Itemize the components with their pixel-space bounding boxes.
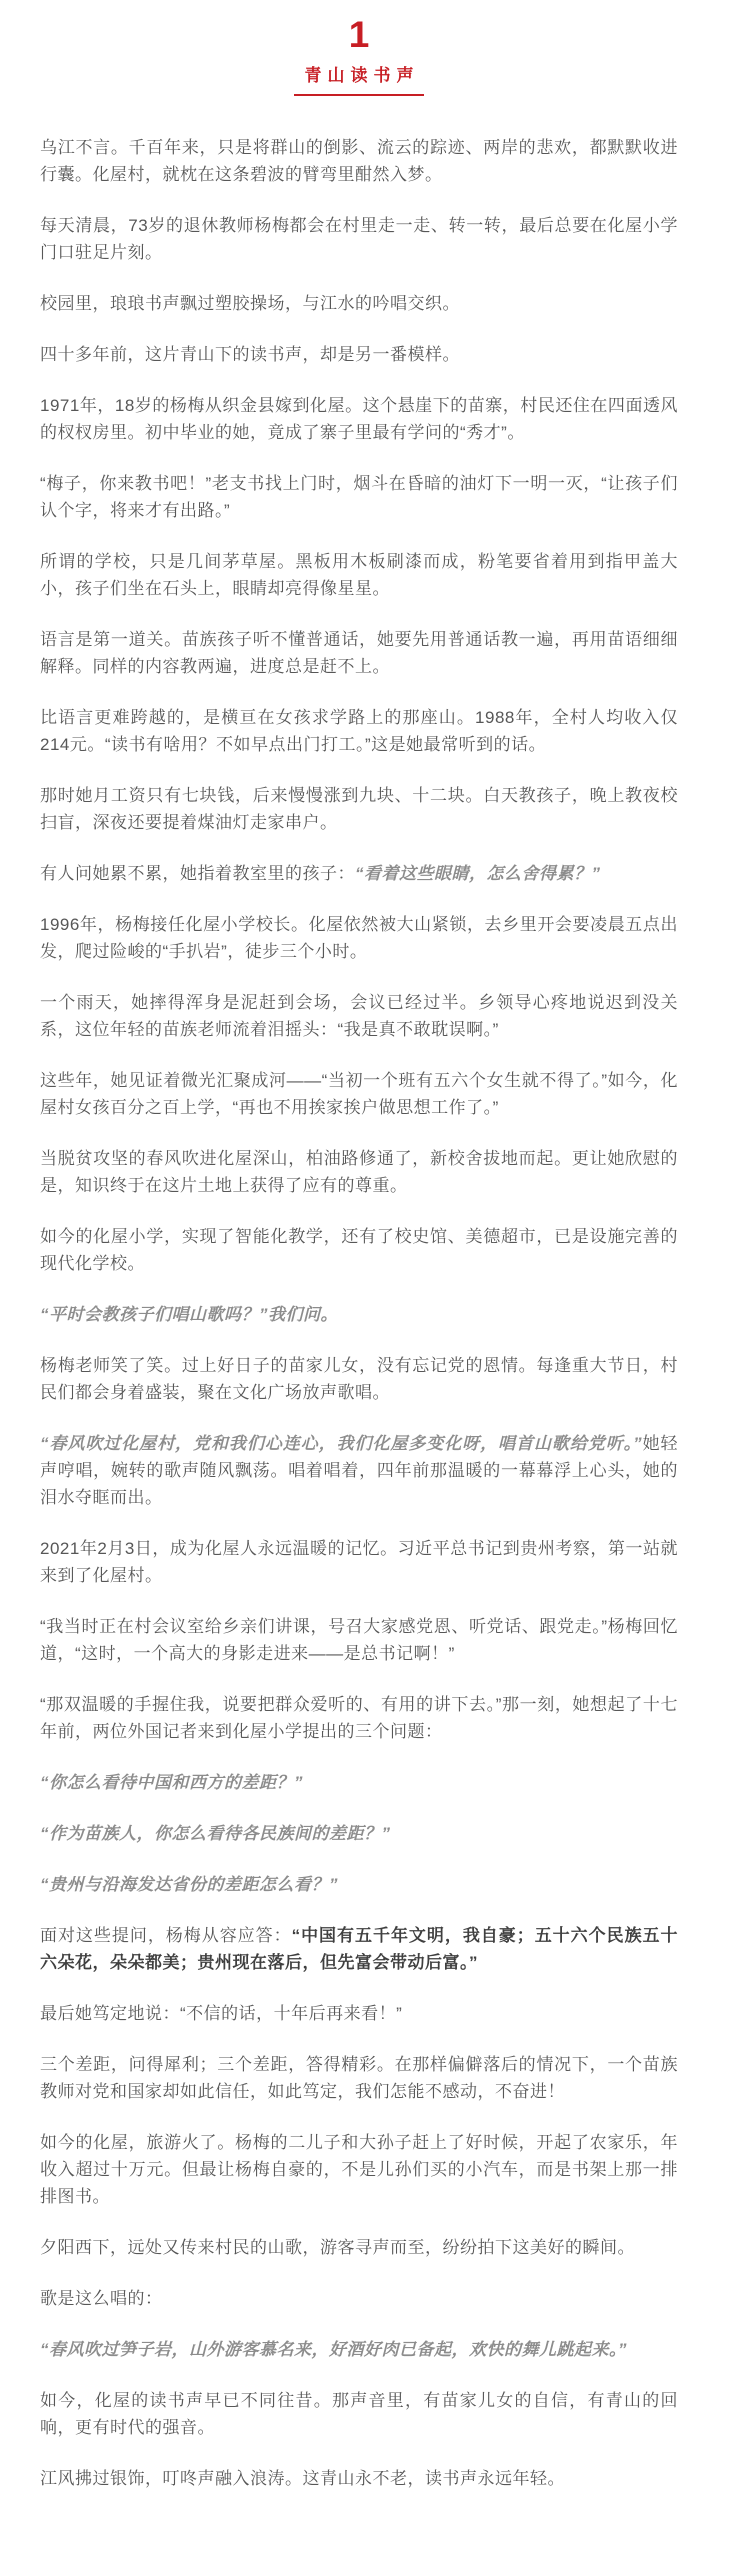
paragraph: 三个差距，问得犀利；三个差距，答得精彩。在那样偏僻落后的情况下，一个苗族教师对党… (40, 2051, 678, 2105)
paragraph: 有人问她累不累，她指着教室里的孩子：“看着这些眼睛，怎么舍得累？” (40, 860, 678, 887)
paragraph: 歌是这么唱的： (40, 2285, 678, 2312)
paragraph: “平时会教孩子们唱山歌吗？”我们问。 (40, 1301, 678, 1328)
text-run: 校园里，琅琅书声飘过塑胶操场，与江水的吟唱交织。 (40, 294, 460, 313)
text-run: 最后她笃定地说：“不信的话，十年后再来看！” (40, 2004, 402, 2023)
paragraph: 那时她月工资只有七块钱，后来慢慢涨到九块、十二块。白天教孩子，晚上教夜校扫盲，深… (40, 782, 678, 836)
text-run: 如今的化屋，旅游火了。杨梅的二儿子和大孙子赶上了好时候，开起了农家乐，年收入超过… (40, 2133, 678, 2206)
title-underline (294, 94, 424, 96)
paragraph: 每天清晨，73岁的退休教师杨梅都会在村里走一走、转一转，最后总要在化屋小学门口驻… (40, 212, 678, 266)
paragraph: “梅子，你来教书吧！”老支书找上门时，烟斗在昏暗的油灯下一明一灭，“让孩子们认个… (40, 470, 678, 524)
paragraph: 最后她笃定地说：“不信的话，十年后再来看！” (40, 2000, 678, 2027)
text-run: 1996年，杨梅接任化屋小学校长。化屋依然被大山紧锁，去乡里开会要凌晨五点出发，… (40, 915, 678, 961)
emphasis-run: “作为苗族人，你怎么看待各民族间的差距？” (40, 1824, 391, 1843)
paragraph: 语言是第一道关。苗族孩子听不懂普通话，她要先用普通话教一遍，再用苗语细细解释。同… (40, 626, 678, 680)
paragraph: 2021年2月3日，成为化屋人永远温暖的记忆。习近平总书记到贵州考察，第一站就来… (40, 1535, 678, 1589)
chapter-title: 青山读书声 (40, 64, 678, 88)
paragraph: “春风吹过笋子岩，山外游客慕名来，好酒好肉已备起，欢快的舞儿跳起来。” (40, 2336, 678, 2363)
text-run: “我当时正在村会议室给乡亲们讲课，号召大家感党恩、听党话、跟党走。”杨梅回忆道，… (40, 1617, 678, 1663)
text-run: 这些年，她见证着微光汇聚成河——“当初一个班有五六个女生就不得了。”如今，化屋村… (40, 1071, 678, 1117)
paragraph: “作为苗族人，你怎么看待各民族间的差距？” (40, 1820, 678, 1847)
paragraph: 四十多年前，这片青山下的读书声，却是另一番模样。 (40, 341, 678, 368)
paragraph: “我当时正在村会议室给乡亲们讲课，号召大家感党恩、听党话、跟党走。”杨梅回忆道，… (40, 1613, 678, 1667)
text-run: 三个差距，问得犀利；三个差距，答得精彩。在那样偏僻落后的情况下，一个苗族教师对党… (40, 2055, 678, 2101)
emphasis-run: “你怎么看待中国和西方的差距？” (40, 1773, 303, 1792)
paragraph: 杨梅老师笑了笑。过上好日子的苗家儿女，没有忘记党的恩情。每逢重大节日，村民们都会… (40, 1352, 678, 1406)
text-run: 每天清晨，73岁的退休教师杨梅都会在村里走一走、转一转，最后总要在化屋小学门口驻… (40, 216, 678, 262)
emphasis-run: “平时会教孩子们唱山歌吗？”我们问。 (40, 1305, 338, 1324)
text-run: 如今的化屋小学，实现了智能化教学，还有了校史馆、美德超市，已是设施完善的现代化学… (40, 1227, 678, 1273)
text-run: 一个雨天，她摔得浑身是泥赶到会场，会议已经过半。乡领导心疼地说迟到没关系，这位年… (40, 993, 678, 1039)
paragraph: 江风拂过银饰，叮咚声融入浪涛。这青山永不老，读书声永远年轻。 (40, 2465, 678, 2492)
paragraph: 如今，化屋的读书声早已不同往昔。那声音里，有苗家儿女的自信，有青山的回响，更有时… (40, 2387, 678, 2441)
paragraph: 如今的化屋，旅游火了。杨梅的二儿子和大孙子赶上了好时候，开起了农家乐，年收入超过… (40, 2129, 678, 2210)
text-run: 面对这些提问，杨梅从容应答： (40, 1926, 292, 1945)
paragraph: 面对这些提问，杨梅从容应答：“中国有五千年文明，我自豪；五十六个民族五十六朵花，… (40, 1922, 678, 1976)
paragraph: “那双温暖的手握住我，说要把群众爱听的、有用的讲下去。”那一刻，她想起了十七年前… (40, 1691, 678, 1745)
text-run: 江风拂过银饰，叮咚声融入浪涛。这青山永不老，读书声永远年轻。 (40, 2469, 565, 2488)
paragraph: 这些年，她见证着微光汇聚成河——“当初一个班有五六个女生就不得了。”如今，化屋村… (40, 1067, 678, 1121)
chapter-number: 1 (40, 15, 678, 56)
paragraph: 夕阳西下，远处又传来村民的山歌，游客寻声而至，纷纷拍下这美好的瞬间。 (40, 2234, 678, 2261)
paragraph: 1971年，18岁的杨梅从织金县嫁到化屋。这个悬崖下的苗寨，村民还住在四面透风的… (40, 392, 678, 446)
text-run: 比语言更难跨越的，是横亘在女孩求学路上的那座山。1988年，全村人均收入仅214… (40, 708, 678, 754)
paragraph: 比语言更难跨越的，是横亘在女孩求学路上的那座山。1988年，全村人均收入仅214… (40, 704, 678, 758)
paragraph: “贵州与沿海发达省份的差距怎么看？” (40, 1871, 678, 1898)
article-body: 乌江不言。千百年来，只是将群山的倒影、流云的踪迹、两岸的悲欢，都默默收进行囊。化… (40, 134, 678, 2492)
text-run: 1971年，18岁的杨梅从织金县嫁到化屋。这个悬崖下的苗寨，村民还住在四面透风的… (40, 396, 678, 442)
paragraph: 一个雨天，她摔得浑身是泥赶到会场，会议已经过半。乡领导心疼地说迟到没关系，这位年… (40, 989, 678, 1043)
paragraph: “春风吹过化屋村，党和我们心连心，我们化屋多变化呀，唱首山歌给党听。”她轻声哼唱… (40, 1430, 678, 1511)
emphasis-run: “看着这些眼睛，怎么舍得累？” (355, 864, 601, 883)
text-run: “梅子，你来教书吧！”老支书找上门时，烟斗在昏暗的油灯下一明一灭，“让孩子们认个… (40, 474, 678, 520)
emphasis-run: “春风吹过笋子岩，山外游客慕名来，好酒好肉已备起，欢快的舞儿跳起来。” (40, 2340, 627, 2359)
text-run: 2021年2月3日，成为化屋人永远温暖的记忆。习近平总书记到贵州考察，第一站就来… (40, 1539, 678, 1585)
emphasis-run: “贵州与沿海发达省份的差距怎么看？” (40, 1875, 338, 1894)
text-run: 四十多年前，这片青山下的读书声，却是另一番模样。 (40, 345, 460, 364)
text-run: 如今，化屋的读书声早已不同往昔。那声音里，有苗家儿女的自信，有青山的回响，更有时… (40, 2391, 678, 2437)
text-run: “那双温暖的手握住我，说要把群众爱听的、有用的讲下去。”那一刻，她想起了十七年前… (40, 1695, 678, 1741)
paragraph: 如今的化屋小学，实现了智能化教学，还有了校史馆、美德超市，已是设施完善的现代化学… (40, 1223, 678, 1277)
text-run: 夕阳西下，远处又传来村民的山歌，游客寻声而至，纷纷拍下这美好的瞬间。 (40, 2238, 635, 2257)
paragraph: 当脱贫攻坚的春风吹进化屋深山，柏油路修通了，新校舍拔地而起。更让她欣慰的是，知识… (40, 1145, 678, 1199)
emphasis-run: “春风吹过化屋村，党和我们心连心，我们化屋多变化呀，唱首山歌给党听。” (40, 1434, 642, 1453)
text-run: 那时她月工资只有七块钱，后来慢慢涨到九块、十二块。白天教孩子，晚上教夜校扫盲，深… (40, 786, 678, 832)
text-run: 所谓的学校，只是几间茅草屋。黑板用木板刷漆而成，粉笔要省着用到指甲盖大小，孩子们… (40, 552, 678, 598)
paragraph: 1996年，杨梅接任化屋小学校长。化屋依然被大山紧锁，去乡里开会要凌晨五点出发，… (40, 911, 678, 965)
chapter-header: 1 青山读书声 (40, 15, 678, 96)
paragraph: “你怎么看待中国和西方的差距？” (40, 1769, 678, 1796)
paragraph: 校园里，琅琅书声飘过塑胶操场，与江水的吟唱交织。 (40, 290, 678, 317)
paragraph: 所谓的学校，只是几间茅草屋。黑板用木板刷漆而成，粉笔要省着用到指甲盖大小，孩子们… (40, 548, 678, 602)
text-run: 当脱贫攻坚的春风吹进化屋深山，柏油路修通了，新校舍拔地而起。更让她欣慰的是，知识… (40, 1149, 678, 1195)
paragraph: 乌江不言。千百年来，只是将群山的倒影、流云的踪迹、两岸的悲欢，都默默收进行囊。化… (40, 134, 678, 188)
article-page: 1 青山读书声 乌江不言。千百年来，只是将群山的倒影、流云的踪迹、两岸的悲欢，都… (0, 0, 749, 2556)
text-run: 乌江不言。千百年来，只是将群山的倒影、流云的踪迹、两岸的悲欢，都默默收进行囊。化… (40, 138, 678, 184)
text-run: 杨梅老师笑了笑。过上好日子的苗家儿女，没有忘记党的恩情。每逢重大节日，村民们都会… (40, 1356, 678, 1402)
text-run: 语言是第一道关。苗族孩子听不懂普通话，她要先用普通话教一遍，再用苗语细细解释。同… (40, 630, 678, 676)
text-run: 有人问她累不累，她指着教室里的孩子： (40, 864, 355, 883)
text-run: 歌是这么唱的： (40, 2289, 163, 2308)
